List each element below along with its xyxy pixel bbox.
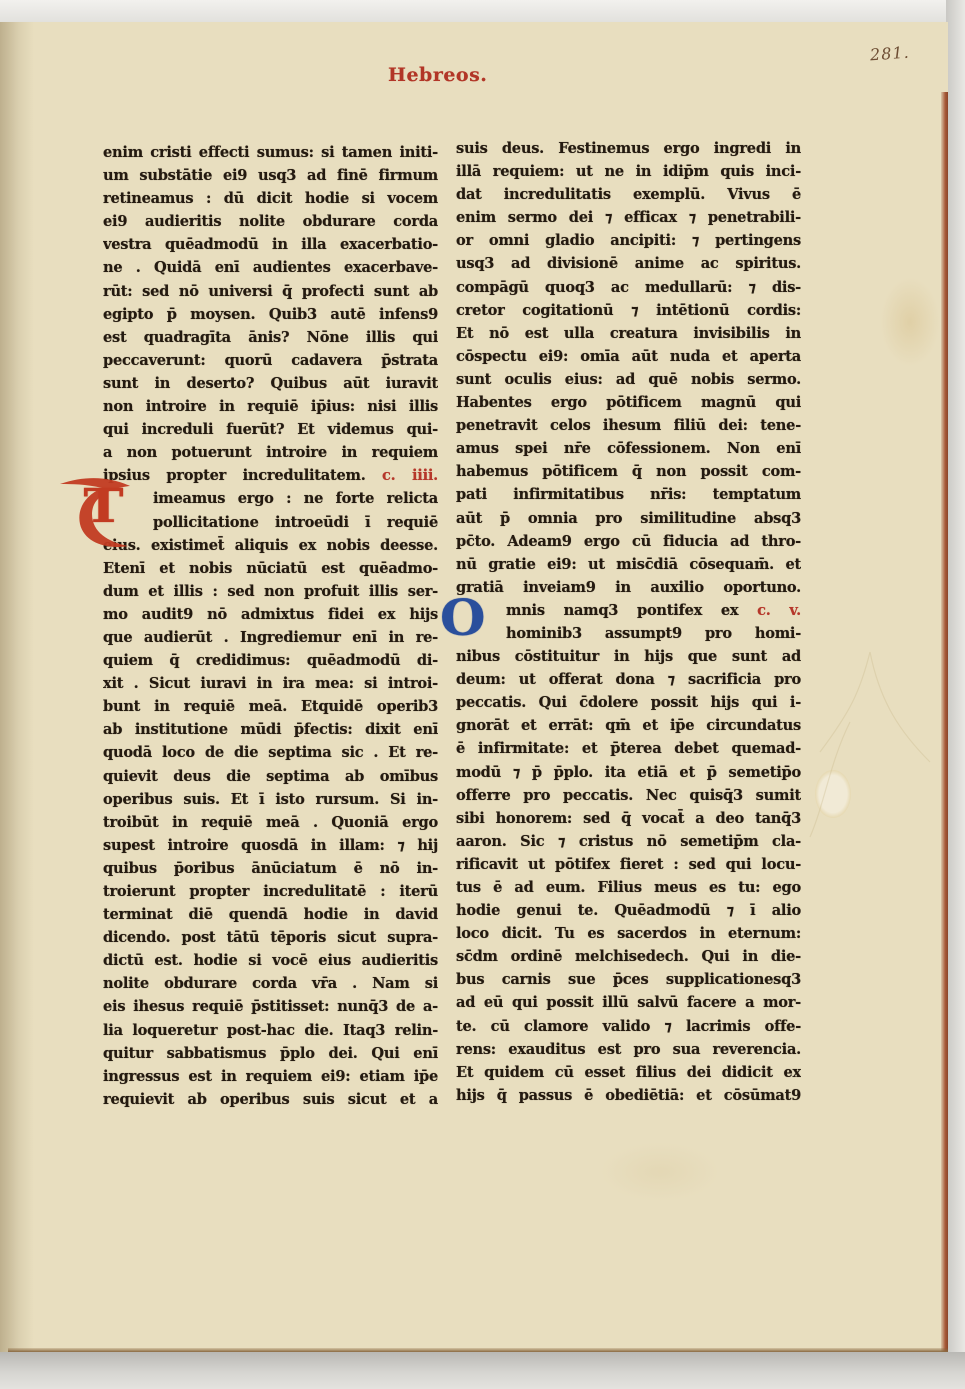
- text-line: cretor cogitationū ⁊ intētionū cordis:: [456, 299, 801, 322]
- page-fore-edge: [941, 92, 948, 1352]
- text-line: egipto p̄ moysen. Quib3 autē infens9: [103, 303, 438, 326]
- text-line: quiem q̄ credidimus: quēadmodū di-: [103, 649, 438, 672]
- text-line: mo audit9 nō admixtus fidei ex hijs: [103, 603, 438, 626]
- text-line: enim cristi effecti sumus: si tamen init…: [103, 141, 438, 164]
- text-line: quitur sabbatismus p̄plo dei. Qui enī: [103, 1042, 438, 1065]
- text-line: sunt in deserto? Quibus aūt iuravit: [103, 372, 438, 395]
- page-bottom-edge: [8, 1348, 948, 1352]
- text-line: rens: exauditus est pro sua reverencia.: [456, 1038, 801, 1061]
- text-line: bunt in requiē meā. Etquidē operib3: [103, 695, 438, 718]
- text-line: illā requiem: ut ne in idip̄m quis inci-: [456, 160, 801, 183]
- text-line: troibūt in requiē meā . Quoniā ergo: [103, 811, 438, 834]
- text-line: xit . Sicut iuravi in ira mea: si introi…: [103, 672, 438, 695]
- text-line: Habentes ergo pōtificem magnū qui: [456, 391, 801, 414]
- chapter-rubric: c. v.: [738, 602, 801, 619]
- text-line: rūt: sed nō universi q̄ profecti sunt ab: [103, 280, 438, 303]
- text-line: troierunt propter incredulitatē : iterū: [103, 880, 438, 903]
- text-line: Et quidem cū esset filius dei didicit ex: [456, 1061, 801, 1084]
- text-line: ab institutione mūdi p̄fectis: dixit enī: [103, 718, 438, 741]
- text-line: vestra quēadmodū in illa exacerbatio-: [103, 233, 438, 256]
- text-line: requievit ab operibus suis sicut et a: [103, 1088, 438, 1111]
- text-line: dicendo. post tātū tēporis sicut supra-: [103, 926, 438, 949]
- text-line: eis ihesus requiē p̄stitisset: nunq̄3 de…: [103, 995, 438, 1018]
- text-column-left: enim cristi effecti sumus: si tamen init…: [103, 141, 438, 1111]
- text-line: peccaverunt: quorū cadavera p̄strata: [103, 349, 438, 372]
- text-line: lia loqueretur post-hac die. Itaq3 relin…: [103, 1019, 438, 1042]
- text-line: loco dicit. Tu es sacerdos in eternum:: [456, 922, 801, 945]
- text-line: terminat diē quendā hodie in david: [103, 903, 438, 926]
- text-line: ne . Quidā enī audientes exacerbave-: [103, 256, 438, 279]
- folio-number: 281.: [869, 43, 910, 65]
- chapter-4-initial: T: [83, 483, 123, 530]
- text-line: usq3 ad divisionē anime ac spiritus.: [456, 252, 801, 275]
- text-line: ei9 audieritis nolite obdurare corda: [103, 210, 438, 233]
- text-line: sunt oculis eius: ad quē nobis sermo.: [456, 368, 801, 391]
- text-line: te. cū clamore valido ⁊ lacrimis offe-: [456, 1015, 801, 1038]
- text-line: penetravit celos ihesum filiū dei: tene-: [456, 414, 801, 437]
- scan-backdrop-right: [946, 0, 965, 1389]
- text-line: qui increduli fuerūt? Et videmus qui-: [103, 418, 438, 441]
- chapter-rubric: c. iiii.: [366, 467, 438, 484]
- text-line: compāgū quoq3 ac medullarū: ⁊ dis-: [456, 276, 801, 299]
- text-line: dum et illis : sed non profuit illis ser…: [103, 580, 438, 603]
- text-line: peccatis. Qui c̄dolere possit hijs qui i…: [456, 691, 801, 714]
- text-line: dictū est. hodie si vocē eius audieritis: [103, 949, 438, 972]
- chapter-5-initial: O: [440, 593, 486, 643]
- text-line: hominib3 assumpt9 pro homi-: [506, 622, 801, 645]
- text-line: gratiā inveiam9 in auxilio oportuno.: [456, 576, 801, 599]
- text-line: dat incredulitatis exemplū. Vivus ē: [456, 183, 801, 206]
- text-line: um substātie ei9 usq3 ad finē firmum: [103, 164, 438, 187]
- text-line: quibus p̄oribus ānūciatum ē nō in-: [103, 857, 438, 880]
- parchment-veining: [790, 642, 940, 842]
- text-line: sibi honorem: sed q̄ vocat̄ a deo tanq̄3: [456, 807, 801, 830]
- text-line: supest introire quosdā in illam: ⁊ hij: [103, 834, 438, 857]
- text-line: modū ⁊ p̄ p̄plo. ita etiā et p̄ semetip̄…: [456, 761, 801, 784]
- text-line: offerre pro peccatis. Nec quisq̄3 sumit: [456, 784, 801, 807]
- running-title: Hebreos.: [388, 64, 487, 86]
- text-line: mnis namq3 pontifex ex c. v.: [506, 599, 801, 622]
- text-line: suis deus. Festinemus ergo ingredi in: [456, 137, 801, 160]
- text-line: Etenī et nobis nūciatū est quēadmo-: [103, 557, 438, 580]
- text-line: que audierūt . Ingrediemur enī in re-: [103, 626, 438, 649]
- text-line: amus spei nr̄e cōfessionem. Non enī: [456, 437, 801, 460]
- text-line: deum: ut offerat dona ⁊ sacrificia pro: [456, 668, 801, 691]
- text-line: or omni gladio ancipiti: ⁊ pertingens: [456, 229, 801, 252]
- text-line: pollicitatione introeūdi ī requiē: [153, 511, 438, 534]
- text-line: pc̄to. Adeam9 ergo cū fiducia ad thro-: [456, 530, 801, 553]
- text-line: ad eū qui possit illū salvū facere a mor…: [456, 991, 801, 1014]
- text-line: a non potuerunt introire in requiem: [103, 441, 438, 464]
- text-line: nū gratie ei9: ut misc̄diā cōsequam̄. et: [456, 553, 801, 576]
- text-line: hodie genui te. Quēadmodū ⁊ ī alio: [456, 899, 801, 922]
- parchment-stain: [600, 1142, 720, 1202]
- text-line: non introire in requiē ip̄ius: nisi illi…: [103, 395, 438, 418]
- text-line: nolite obdurare corda vr̄a . Nam si: [103, 972, 438, 995]
- text-column-right: suis deus. Festinemus ergo ingredi inill…: [456, 137, 801, 1107]
- text-line: sc̄dm ordinē melchisedech. Qui in die-: [456, 945, 801, 968]
- text-line: quodā loco de die septima sic . Et re-: [103, 741, 438, 764]
- text-line: Et nō est ulla creatura invisibilis in: [456, 322, 801, 345]
- parchment-stain: [880, 277, 940, 367]
- text-line: pati infirmitatibus nr̄is: temptatum: [456, 483, 801, 506]
- text-line: ē infirmitate: et p̄terea debet quemad-: [456, 737, 801, 760]
- text-line: operibus suis. Et ī isto rursum. Si in-: [103, 788, 438, 811]
- text-line: habemus pōtificem q̄ non possit com-: [456, 460, 801, 483]
- text-line: aūt p̄ omnia pro similitudine absq3: [456, 507, 801, 530]
- text-line: ingressus est in requiem ei9: etiam ip̄e: [103, 1065, 438, 1088]
- text-line: imeamus ergo : ne forte relicta: [153, 487, 438, 510]
- scan-backdrop-bottom: [0, 1352, 965, 1389]
- text-line: cōspectu ei9: omīa aūt nuda et aperta: [456, 345, 801, 368]
- text-line: est quadragīta ānis? Nōne illis qui: [103, 326, 438, 349]
- text-line: retineamus : dū dicit hodie si vocem: [103, 187, 438, 210]
- text-line: nibus cōstituitur in hijs que sunt ad: [456, 645, 801, 668]
- text-line: enim sermo dei ⁊ efficax ⁊ penetrabili-: [456, 206, 801, 229]
- text-line: hijs q̄ passus ē obediētiā: et cōsūmat9: [456, 1084, 801, 1107]
- text-line: rificavit ut pōtifex fieret : sed qui lo…: [456, 853, 801, 876]
- text-line: gnorāt et errāt: qm̄ et ip̄e circundatus: [456, 714, 801, 737]
- gutter-shadow: [0, 22, 34, 1352]
- text-line: bus carnis sue p̄ces supplicationesq3: [456, 968, 801, 991]
- text-line: aaron. Sic ⁊ cristus nō semetip̄m cla-: [456, 830, 801, 853]
- text-line: quievit deus die septima ab omībus: [103, 765, 438, 788]
- text-line: tus ē ad eum. Filius meus es tu: ego: [456, 876, 801, 899]
